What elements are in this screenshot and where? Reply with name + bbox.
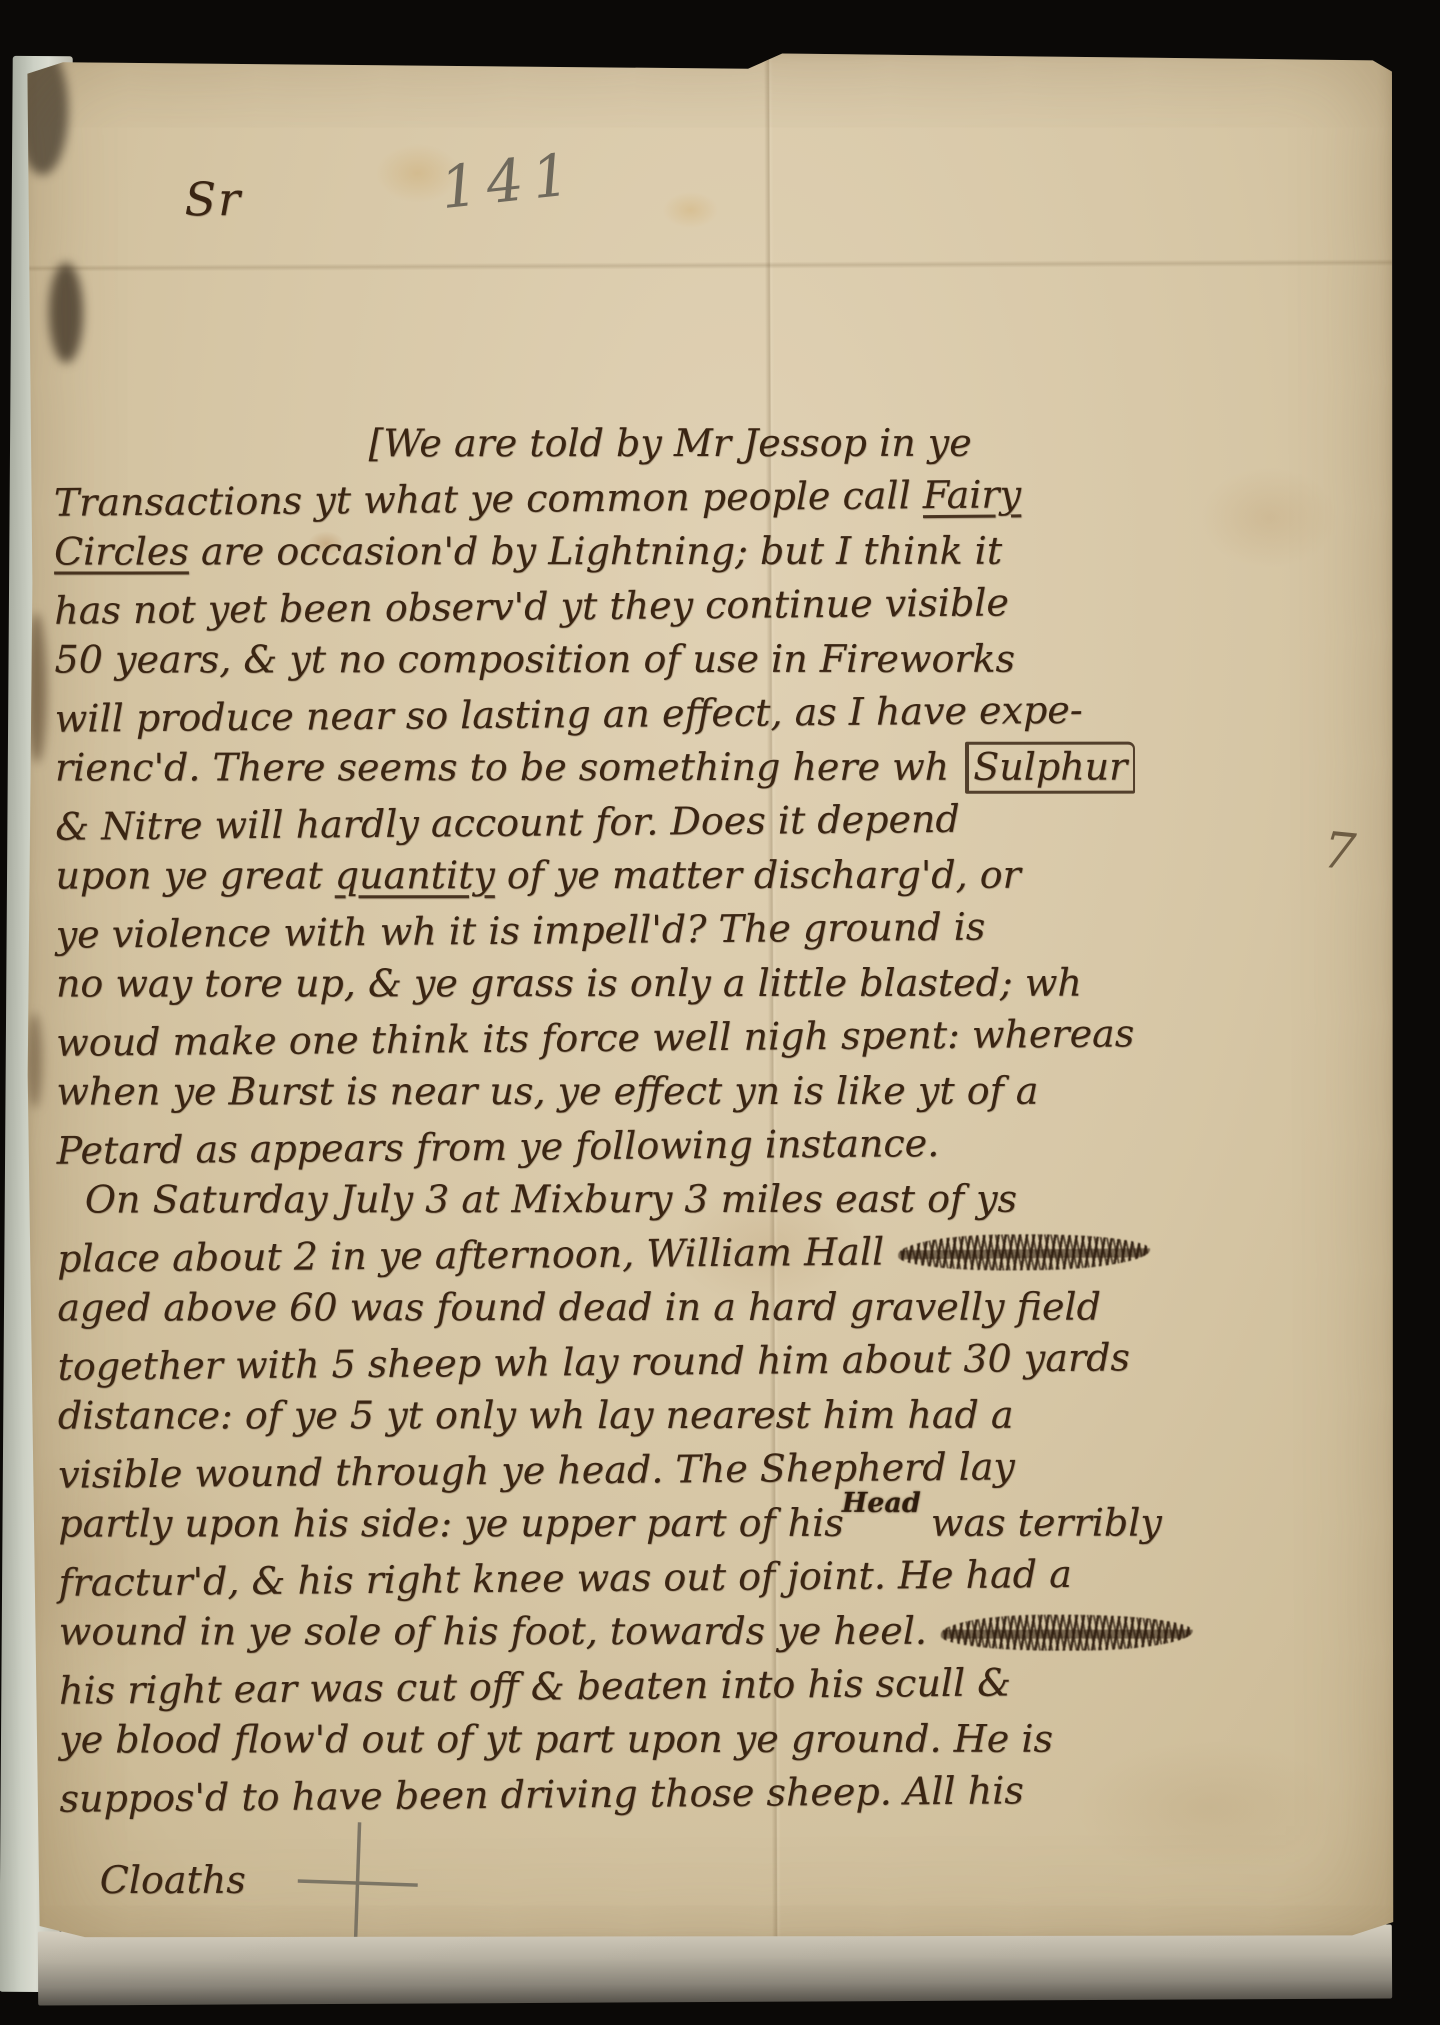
manuscript-scan: Sr 141 7 [We are told by Mr Jessop in ye… [0, 0, 1440, 2025]
manuscript-line: when ye Burst is near us, ye effect yn i… [56, 1065, 1378, 1120]
pencil-cross-mark [296, 1820, 420, 1946]
manuscript-line: & Nitre will hardly account for. Does it… [55, 790, 1377, 856]
line-text: was terribly [919, 1501, 1162, 1545]
folio-number: 141 [437, 140, 581, 223]
manuscript-line: partly upon his side: ye upper part of h… [58, 1497, 1380, 1552]
line-text: On Saturday July 3 at Mixbury 3 miles ea… [85, 1177, 1017, 1222]
line-text: his right ear was cut off & beaten into … [59, 1660, 1011, 1712]
manuscript-line: [We are told by Mr Jessop in ye [54, 417, 1376, 472]
ink-edge-smudge [26, 1013, 42, 1108]
manuscript-line: woud make one think its force well nigh … [56, 1006, 1378, 1072]
manuscript-line: visible wound through ye head. The Sheph… [58, 1438, 1380, 1504]
line-text: suppos'd to have been driving those shee… [59, 1768, 1024, 1820]
line-text: Cloaths [100, 1858, 246, 1902]
manuscript-line: 50 years, & yt no composition of use in … [55, 633, 1377, 688]
ink-scribble-mark [941, 1615, 1193, 1651]
manuscript-line: On Saturday July 3 at Mixbury 3 miles ea… [57, 1173, 1379, 1228]
line-text: partly upon his side: ye upper part of h… [58, 1501, 843, 1546]
salutation: Sr [184, 172, 242, 226]
line-text: 50 years, & yt no composition of use in … [55, 637, 1016, 682]
line-text: ye violence with wh it is impell'd? The … [56, 905, 986, 957]
manuscript-line: his right ear was cut off & beaten into … [59, 1654, 1381, 1720]
manuscript-line: Transactions yt what ye common people ca… [54, 466, 1376, 532]
line-text: will produce near so lasting an effect, … [55, 688, 1083, 741]
line-text: upon ye great [55, 853, 334, 897]
ink-scribble-mark [898, 1233, 1150, 1271]
manuscript-line: aged above 60 was found dead in a hard g… [57, 1281, 1379, 1336]
line-text: of ye matter discharg'd, or [495, 853, 1021, 897]
manuscript-line: will produce near so lasting an effect, … [55, 682, 1377, 748]
line-text: place about 2 in ye afternoon, William H… [57, 1230, 884, 1281]
line-text: [We are told by Mr Jessop in ye [369, 421, 972, 466]
inserted-word: Head [842, 1488, 921, 1519]
underlined-text: Fairy [923, 472, 1022, 517]
manuscript-line: Circles are occasion'd by Lightning; but… [54, 525, 1376, 580]
line-text: distance: of ye 5 yt only wh lay nearest… [58, 1393, 1014, 1438]
boxed-word: Sulphur [965, 742, 1135, 794]
line-text: rienc'd. There seems to be something her… [55, 745, 961, 790]
manuscript-line: Petard as appears from ye following inst… [56, 1114, 1378, 1180]
underlined-text: Circles [54, 529, 189, 573]
manuscript-line: distance: of ye 5 yt only wh lay nearest… [58, 1389, 1380, 1444]
line-text: Petard as appears from ye following inst… [56, 1121, 939, 1173]
horizontal-fold-crease [23, 259, 1393, 272]
line-text: Transactions yt what ye common people ca… [54, 473, 923, 525]
letter-body: [We are told by Mr Jessop in yeTransacti… [53, 415, 1381, 1879]
line-text: fractur'd, & his right knee was out of j… [58, 1552, 1072, 1605]
line-text: aged above 60 was found dead in a hard g… [57, 1285, 1101, 1330]
manuscript-line: place about 2 in ye afternoon, William H… [57, 1222, 1379, 1288]
manuscript-line: wound in ye sole of his foot, towards ye… [59, 1605, 1381, 1660]
line-text: together with 5 sheep wh lay round him a… [57, 1335, 1130, 1388]
manuscript-line: suppos'd to have been driving those shee… [59, 1762, 1381, 1828]
line-text: when ye Burst is near us, ye effect yn i… [56, 1069, 1038, 1114]
line-text: has not yet been observ'd yt they contin… [54, 580, 1009, 632]
manuscript-line: upon ye great quantity of ye matter disc… [55, 849, 1377, 904]
manuscript-line: ye violence with wh it is impell'd? The … [56, 898, 1378, 964]
line-text: no way tore up, & ye grass is only a lit… [56, 961, 1082, 1006]
manuscript-line: fractur'd, & his right knee was out of j… [58, 1546, 1380, 1612]
manuscript-line: Cloaths [60, 1821, 1382, 1876]
underlined-text: quantity [335, 853, 495, 897]
manuscript-line: together with 5 sheep wh lay round him a… [57, 1330, 1379, 1396]
manuscript-line: no way tore up, & ye grass is only a lit… [56, 957, 1378, 1012]
manuscript-line: rienc'd. There seems to be something her… [55, 741, 1377, 796]
line-text: are occasion'd by Lightning; but I think… [189, 529, 1002, 574]
line-text: wound in ye sole of his foot, towards ye… [59, 1609, 927, 1654]
line-text: & Nitre will hardly account for. Does it… [55, 797, 960, 849]
letter-page: Sr 141 7 [We are told by Mr Jessop in ye… [22, 47, 1400, 1945]
line-text: ye blood flow'd out of yt part upon ye g… [59, 1717, 1053, 1762]
manuscript-line: has not yet been observ'd yt they contin… [54, 574, 1376, 640]
manuscript-line: ye blood flow'd out of yt part upon ye g… [59, 1713, 1381, 1768]
ink-edge-smudge [49, 263, 83, 363]
line-text: woud make one think its force well nigh … [56, 1011, 1134, 1064]
